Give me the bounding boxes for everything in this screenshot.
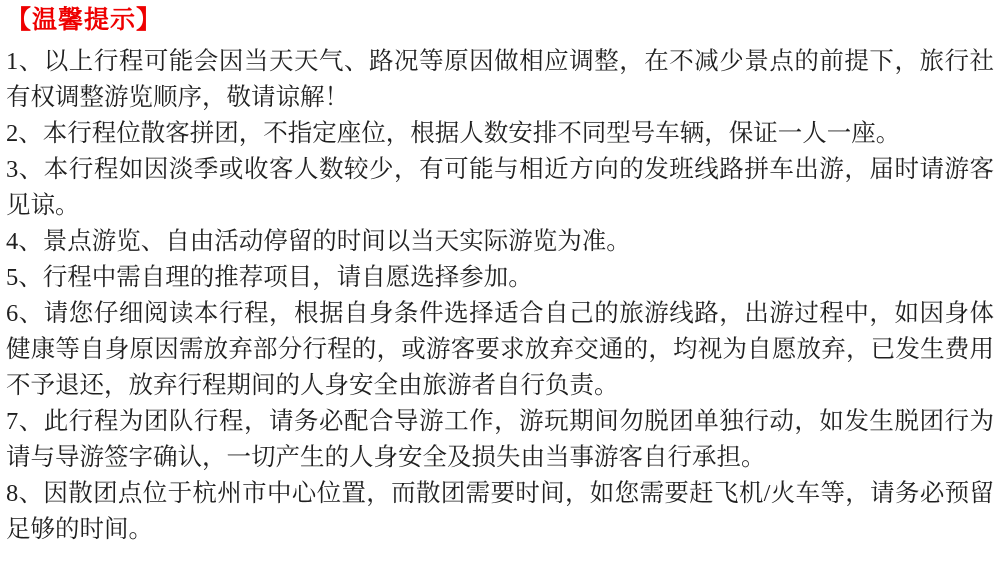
page-title: 【温馨提示】 bbox=[6, 3, 994, 39]
notice-item-6: 6、请您仔细阅读本行程，根据自身条件选择适合自己的旅游线路，出游过程中，如因身体… bbox=[6, 296, 994, 404]
notice-document: 【温馨提示】 1、以上行程可能会因当天天气、路况等原因做相应调整，在不减少景点的… bbox=[0, 0, 1000, 562]
notice-item-8: 8、因散团点位于杭州市中心位置，而散团需要时间，如您需要赶飞机/火车等，请务必预… bbox=[6, 476, 994, 548]
notice-item-1: 1、以上行程可能会因当天天气、路况等原因做相应调整，在不减少景点的前提下，旅行社… bbox=[6, 44, 994, 116]
notice-item-3: 3、本行程如因淡季或收客人数较少，有可能与相近方向的发班线路拼车出游，届时请游客… bbox=[6, 152, 994, 224]
notice-item-4: 4、景点游览、自由活动停留的时间以当天实际游览为准。 bbox=[6, 224, 994, 260]
notice-item-2: 2、本行程位散客拼团，不指定座位，根据人数安排不同型号车辆，保证一人一座。 bbox=[6, 116, 994, 152]
notice-item-7: 7、此行程为团队行程，请务必配合导游工作，游玩期间勿脱团单独行动，如发生脱团行为… bbox=[6, 404, 994, 476]
notice-item-5: 5、行程中需自理的推荐项目，请自愿选择参加。 bbox=[6, 260, 994, 296]
notice-list: 1、以上行程可能会因当天天气、路况等原因做相应调整，在不减少景点的前提下，旅行社… bbox=[6, 44, 994, 548]
